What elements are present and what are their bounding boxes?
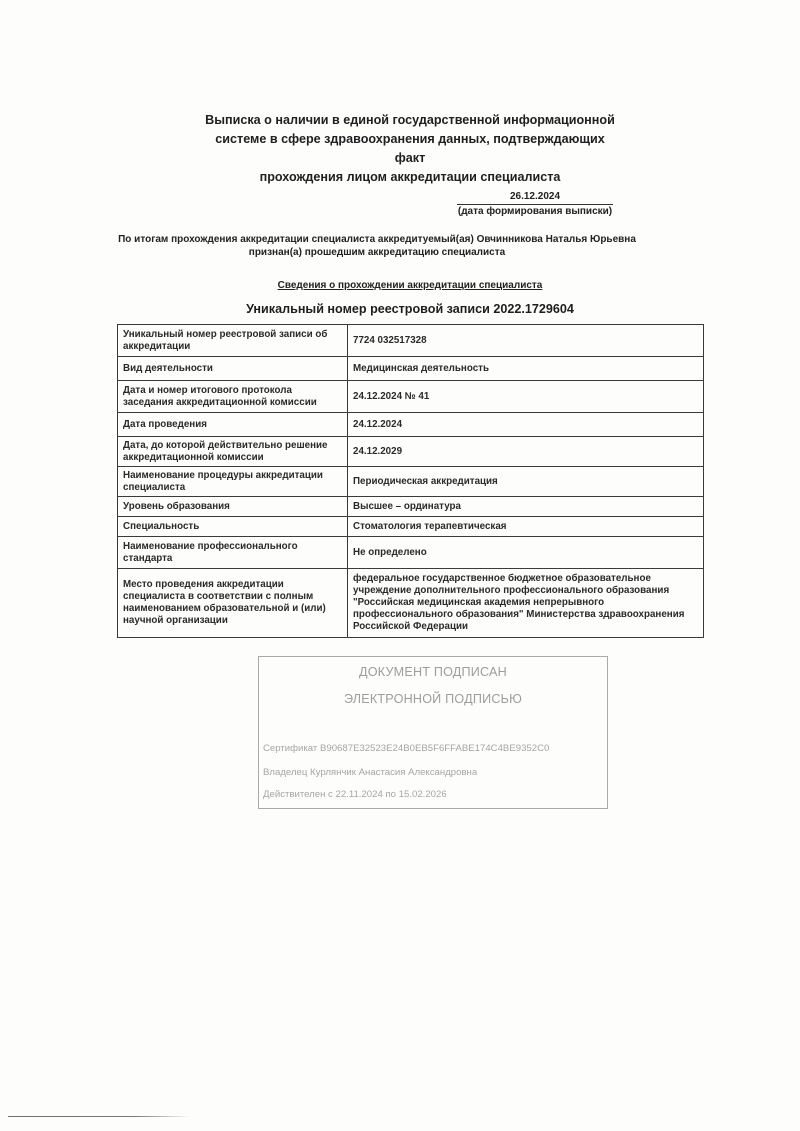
stamp-subheading: ЭЛЕКТРОННОЙ ПОДПИСЬЮ — [259, 692, 607, 706]
table-row: СпециальностьСтоматология терапевтическа… — [118, 517, 704, 537]
intro-line: По итогам прохождения аккредитации специ… — [112, 233, 642, 246]
row-value: Стоматология терапевтическая — [348, 517, 704, 537]
electronic-signature-stamp: ДОКУМЕНТ ПОДПИСАН ЭЛЕКТРОННОЙ ПОДПИСЬЮ С… — [258, 656, 608, 809]
row-value: 24.12.2024 № 41 — [348, 381, 704, 413]
row-value: 24.12.2024 — [348, 413, 704, 437]
formation-date-caption: (дата формирования выписки) — [457, 205, 613, 219]
accreditation-info-table: Уникальный номер реестровой записи об ак… — [117, 324, 704, 638]
table-row: Наименование процедуры аккредитации спец… — [118, 467, 704, 497]
row-value: Периодическая аккредитация — [348, 467, 704, 497]
row-label: Наименование процедуры аккредитации спец… — [118, 467, 348, 497]
table-row: Дата проведения24.12.2024 — [118, 413, 704, 437]
row-label: Дата проведения — [118, 413, 348, 437]
row-value: Высшее – ординатура — [348, 497, 704, 517]
stamp-heading: ДОКУМЕНТ ПОДПИСАН — [259, 665, 607, 679]
row-label: Специальность — [118, 517, 348, 537]
row-value: 24.12.2029 — [348, 437, 704, 467]
table-row: Вид деятельностиМедицинская деятельность — [118, 357, 704, 381]
row-label: Место проведения аккредитации специалист… — [118, 569, 348, 638]
stamp-validity: Действителен с 22.11.2024 по 15.02.2026 — [263, 789, 447, 800]
title-line: Выписка о наличии в единой государственн… — [200, 111, 620, 130]
stamp-owner: Владелец Курлянчик Анастасия Александров… — [263, 767, 477, 778]
document-title: Выписка о наличии в единой государственн… — [200, 111, 620, 187]
registry-number-heading: Уникальный номер реестровой записи 2022.… — [230, 302, 590, 316]
row-label: Дата и номер итогового протокола заседан… — [118, 381, 348, 413]
row-label: Дата, до которой действительно решение а… — [118, 437, 348, 467]
intro-statement: По итогам прохождения аккредитации специ… — [112, 233, 642, 259]
row-label: Уровень образования — [118, 497, 348, 517]
row-label: Наименование профессионального стандарта — [118, 537, 348, 569]
table-row: Дата, до которой действительно решение а… — [118, 437, 704, 467]
section-title: Сведения о прохождении аккредитации спец… — [240, 280, 580, 291]
intro-line: признан(а) прошедшим аккредитацию специа… — [112, 246, 642, 259]
table-row: Место проведения аккредитации специалист… — [118, 569, 704, 638]
row-value: Не определено — [348, 537, 704, 569]
row-value: Медицинская деятельность — [348, 357, 704, 381]
formation-date-block: 26.12.2024 (дата формирования выписки) — [457, 191, 613, 219]
scan-artifact-line — [8, 1116, 190, 1117]
row-label: Уникальный номер реестровой записи об ак… — [118, 325, 348, 357]
table-row: Уникальный номер реестровой записи об ак… — [118, 325, 704, 357]
row-value: федеральное государственное бюджетное об… — [348, 569, 704, 638]
stamp-certificate: Сертификат B90687E32523E24B0EB5F6FFABE17… — [263, 743, 549, 754]
table-row: Уровень образованияВысшее – ординатура — [118, 497, 704, 517]
title-line: прохождения лицом аккредитации специалис… — [200, 168, 620, 187]
table-row: Дата и номер итогового протокола заседан… — [118, 381, 704, 413]
title-line: системе в сфере здравоохранения данных, … — [200, 130, 620, 168]
row-label: Вид деятельности — [118, 357, 348, 381]
table-row: Наименование профессионального стандарта… — [118, 537, 704, 569]
formation-date: 26.12.2024 — [457, 191, 613, 205]
row-value: 7724 032517328 — [348, 325, 704, 357]
